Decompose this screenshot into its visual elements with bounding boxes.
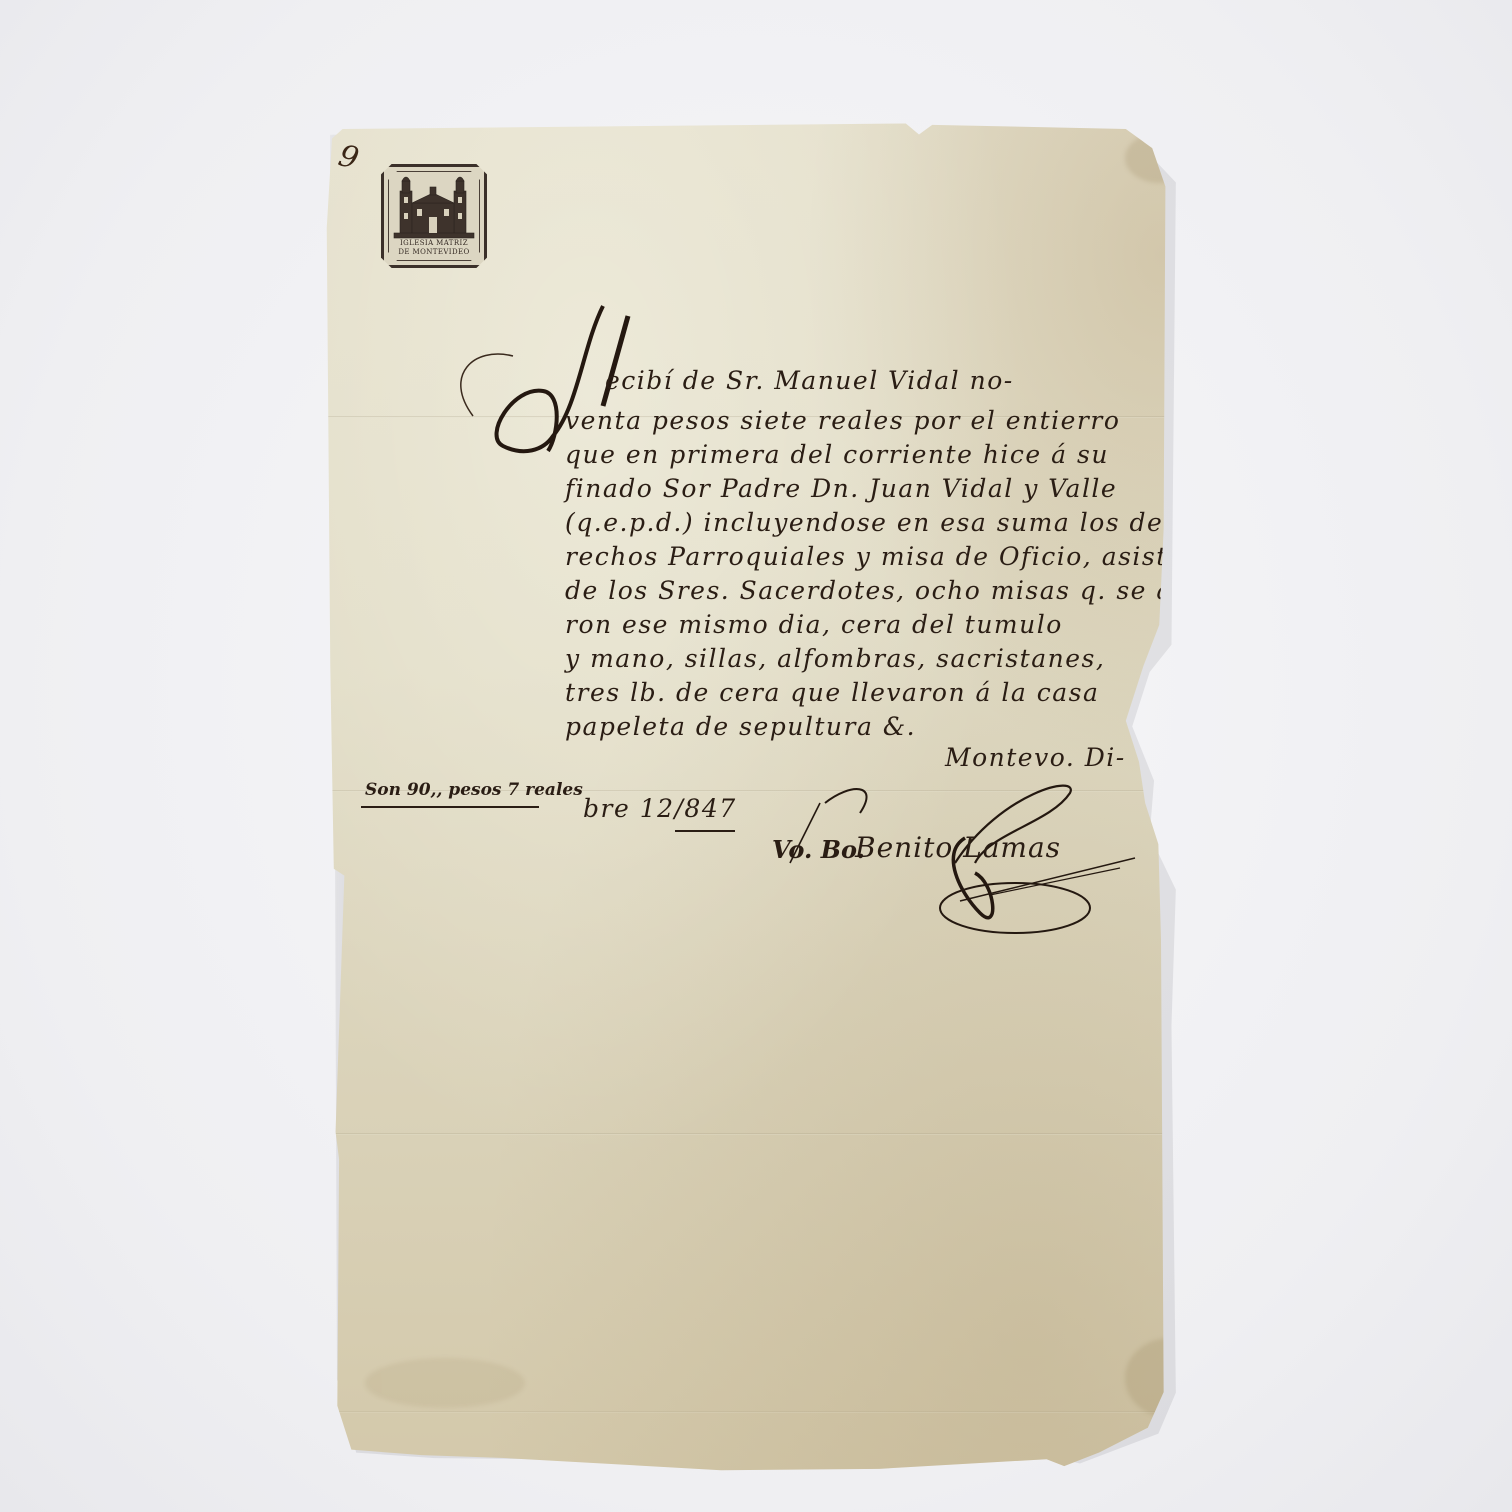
- body-line-11: papeleta de sepultura &.: [565, 712, 916, 741]
- body-line-10: tres lb. de cera que llevaron á la casa: [565, 678, 1099, 707]
- stain: [365, 1358, 525, 1408]
- marginal-amount-note: Son 90,, pesos 7 reales: [365, 780, 583, 800]
- church-vignette-stamp: IGLESIA MATRIZ DE MONTEVIDEO: [381, 164, 487, 268]
- body-line-2: venta pesos siete reales por el entierro: [565, 406, 1120, 435]
- place-text: Montevo. Di-: [945, 743, 1126, 772]
- date-underline: [675, 830, 735, 832]
- body-line-3: que en primera del corriente hice á su: [565, 440, 1109, 469]
- body-line-4: finado Sor Padre Dn. Juan Vidal y Valle: [565, 474, 1117, 503]
- body-line-7: de los Sres. Sacerdotes, ocho misas q. s…: [565, 576, 1251, 605]
- fold-crease: [325, 1411, 1205, 1413]
- signature-name: Benito Lamas: [855, 831, 1061, 864]
- vignette-caption-line2: DE MONTEVIDEO: [384, 248, 484, 256]
- signature-block: Vo. Bo. Benito Lamas: [750, 773, 1150, 948]
- fold-crease: [325, 1133, 1205, 1135]
- folio-number: 9: [335, 138, 363, 177]
- vignette-caption-line1: IGLESIA MATRIZ: [384, 239, 484, 247]
- body-line-1: ecibí de Sr. Manuel Vidal no-: [605, 366, 1014, 395]
- marginal-underline: [361, 806, 539, 808]
- signature-prefix: Vo. Bo.: [772, 835, 865, 864]
- historical-receipt-document: 9: [325, 118, 1205, 1488]
- body-line-9: y mano, sillas, alfombras, sacristanes,: [565, 644, 1105, 673]
- body-line-6: rechos Parroquiales y misa de Oficio, as…: [565, 542, 1243, 571]
- date-text: bre 12/847: [583, 794, 737, 823]
- body-line-5: (q.e.p.d.) incluyendose en esa suma los …: [565, 508, 1173, 537]
- body-line-8: ron ese mismo dia, cera del tumulo: [565, 610, 1063, 639]
- church-engraving-icon: [392, 173, 476, 239]
